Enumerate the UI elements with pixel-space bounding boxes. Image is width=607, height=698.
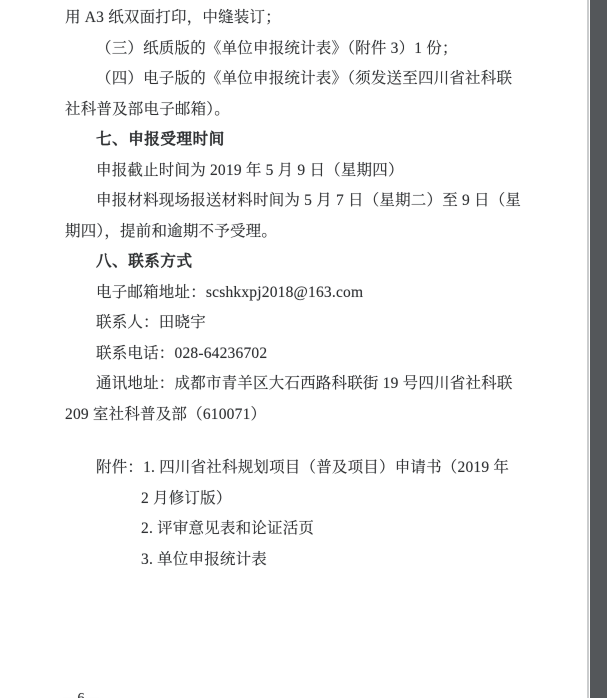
blank-gap [65,430,535,453]
address-line-cont: 209 室社科普及部（610071） [65,400,535,431]
section-heading-7: 七、申报受理时间 [65,125,535,156]
doc-line: （三）纸质版的《单位申报统计表》（附件 3）1 份； [65,34,535,65]
contact-person-line: 联系人：田晓宇 [65,308,535,339]
doc-line: 申报材料现场报送材料时间为 5 月 7 日（星期二）至 9 日（星 [65,186,535,217]
attachment-list-line: 3. 单位申报统计表 [65,545,535,576]
section-heading-8: 八、联系方式 [65,247,535,278]
viewer-gutter [590,0,607,698]
document-page: 用 A3 纸双面打印，中缝装订； （三）纸质版的《单位申报统计表》（附件 3）1… [0,0,587,698]
attachment-list-line: 2 月修订版） [65,484,535,515]
doc-line: （四）电子版的《单位申报统计表》（须发送至四川省社科联 [65,64,535,95]
page-content: 用 A3 纸双面打印，中缝装订； （三）纸质版的《单位申报统计表》（附件 3）1… [65,3,535,575]
attachment-list-line: 2. 评审意见表和论证活页 [65,514,535,545]
doc-line: 期四），提前和逾期不予受理。 [65,217,535,248]
email-line: 电子邮箱地址：scshkxpj2018@163.com [65,278,535,309]
page-edge-line [587,0,589,698]
footer-page-number: —6— [63,691,100,698]
address-line: 通讯地址：成都市青羊区大石西路科联街 19 号四川省社科联 [65,369,535,400]
document-viewer: 用 A3 纸双面打印，中缝装订； （三）纸质版的《单位申报统计表》（附件 3）1… [0,0,607,698]
attachment-list-line: 附件：1. 四川省社科规划项目（普及项目）申请书（2019 年 [65,453,535,484]
phone-line: 联系电话：028-64236702 [65,339,535,370]
doc-line: 申报截止时间为 2019 年 5 月 9 日（星期四） [65,156,535,187]
doc-line: 社科普及部电子邮箱）。 [65,95,535,126]
doc-line: 用 A3 纸双面打印，中缝装订； [65,3,535,34]
